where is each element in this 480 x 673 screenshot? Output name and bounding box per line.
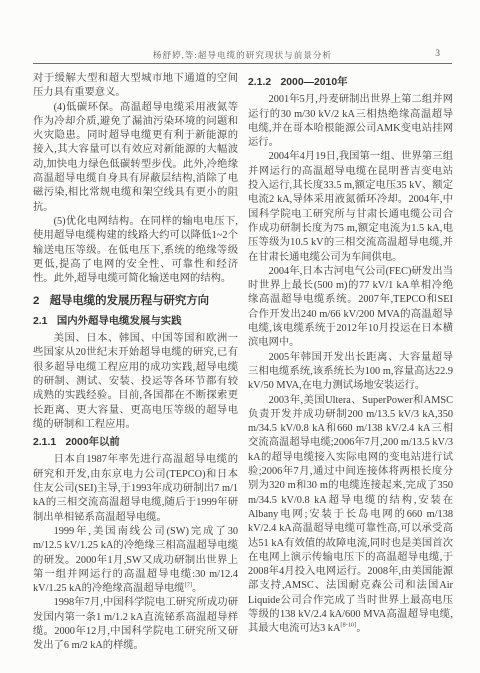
paragraph-cas: 1998年7月,中国科学院电工研究所成功研发国内第一条1 m/1.2 kA直流铋… <box>33 596 238 653</box>
subsection-heading-2-1-1: 2.1.12000年以前 <box>33 436 238 450</box>
running-title: 杨舒婷,等:超导电缆的研究现状与前景分析 <box>33 49 452 61</box>
paragraph-us-projects: 2003年,美国Ultera、SuperPower和AMSC负责开发并成功研制2… <box>248 394 453 637</box>
paragraph-carryover: 对于缓解大型和超大型城市地下通道的空间压力具有重要意义。 <box>33 72 238 101</box>
citation-ref: [7] <box>185 582 192 589</box>
paragraph-text: 。 <box>192 583 202 594</box>
paragraph-text: 2003年,美国Ultera、SuperPower和AMSC负责开发并成功研制2… <box>248 395 453 635</box>
subsection-heading-2-1: 2.1国内外超导电缆发展与实践 <box>33 315 238 329</box>
subsection-title: 2000年以前 <box>65 437 119 448</box>
section-heading-2: 2超导电缆的发展历程与研究方向 <box>33 294 238 308</box>
paragraph-denmark: 2001年5月,丹麦研制出世界上第二组并网运行的30 m/30 kV/2 kA三… <box>248 93 453 150</box>
paper-page: 杨舒婷,等:超导电缆的研究现状与前景分析 3 对于缓解大型和超大型城市地下通道的… <box>0 0 480 673</box>
section-number: 2 <box>33 295 39 307</box>
paragraph-item5: (5)优化电网结构。在同样的输电电压下,使用超导电缆构建的线路大约可以降低1~2… <box>33 215 238 286</box>
subsection-number: 2.1 <box>33 316 47 327</box>
section-title: 超导电缆的发展历程与研究方向 <box>50 295 209 307</box>
subsection-number: 2.1.2 <box>248 77 271 88</box>
page-number: 3 <box>435 49 440 59</box>
header-rule <box>33 63 452 64</box>
paragraph-text: 。 <box>356 623 366 634</box>
subsection-title: 国内外超导电缆发展与实践 <box>57 316 182 327</box>
paragraph-fec: 2004年,日本古河电气公司(FEC)研发出当时世界上最长(500 m)的77 … <box>248 265 453 351</box>
paragraph-item4: (4)低碳环保。高温超导电缆采用液氮等作为冷却介质,避免了漏油污染环境的问题和火… <box>33 101 238 215</box>
right-column: 2.1.22000—2010年 2001年5月,丹麦研制出世界上第二组并网运行的… <box>248 72 453 673</box>
subsection-title: 2000—2010年 <box>280 77 347 88</box>
paragraph-korea: 2005年韩国开发出长距离、大容量超导三相电缆系统,该系统长为100 m,容量高… <box>248 351 453 394</box>
left-column: 对于缓解大型和超大型城市地下通道的空间压力具有重要意义。 (4)低碳环保。高温超… <box>33 72 238 673</box>
paragraph-southwire: 1999年,美国南线公司(SW)完成了30 m/12.5 kV/1.25 kA的… <box>33 525 238 596</box>
paragraph-overview: 美国、日本、韩国、中国等国和欧洲一些国家从20世纪末开始超导电缆的研究,已有很多… <box>33 332 238 432</box>
paragraph-china-2004: 2004年4月19日,我国第一组、世界第三组并网运行的高温超导电缆在昆明普吉变电… <box>248 150 453 264</box>
page-header: 杨舒婷,等:超导电缆的研究现状与前景分析 3 <box>33 49 452 62</box>
two-column-body: 对于缓解大型和超大型城市地下通道的空间压力具有重要意义。 (4)低碳环保。高温超… <box>33 72 453 673</box>
paragraph-japan: 日本自1987年率先进行高温超导电缆的研究和开发,由东京电力公司(TEPCO)和… <box>33 453 238 524</box>
subsection-number: 2.1.1 <box>33 437 56 448</box>
subsection-heading-2-1-2: 2.1.22000—2010年 <box>248 76 453 90</box>
paragraph-text: 1999年,美国南线公司(SW)完成了30 m/12.5 kV/1.25 kA的… <box>33 526 238 594</box>
citation-ref: [8-10] <box>340 622 356 629</box>
